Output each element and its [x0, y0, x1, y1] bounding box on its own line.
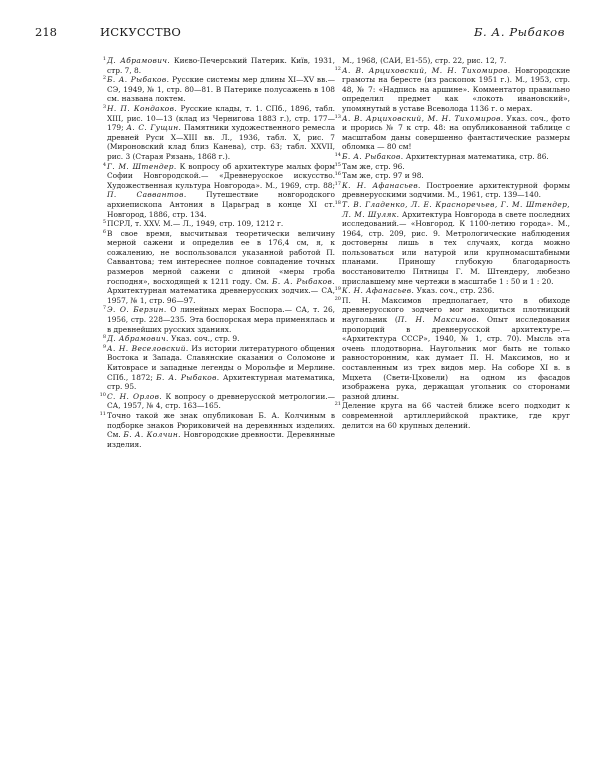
cited-author: К. Н. Афанасьев.	[342, 286, 414, 295]
cited-author: Д. Абрамович.	[107, 56, 170, 65]
footnote-text: Указ. соч., стр. 236.	[414, 286, 494, 295]
footnote-text: Там же, стр. 97 и 98.	[342, 171, 424, 180]
cited-author: Б. А. Колчин.	[123, 430, 181, 439]
footnote-number: 19	[333, 285, 341, 293]
footnote-7: 7Э. О. Берзин. О линейных мерах Боспора.…	[107, 305, 335, 334]
footnote-18: 18Т. В. Гладенко, Л. Е. Красноречьев, Г.…	[342, 200, 570, 286]
cited-author: А. С. Гущин.	[126, 123, 181, 132]
cited-author: А. Н. Веселовский.	[107, 344, 189, 353]
cited-author: А. В. Арциховский, М. Н. Тихомиров.	[342, 66, 511, 75]
footnote-2: 2Б. А. Рыбаков. Русские системы мер длин…	[107, 75, 335, 104]
cited-author: С. Н. Орлов.	[107, 392, 162, 401]
footnote-10: 10С. Н. Орлов. К вопросу о древнерусской…	[107, 392, 335, 411]
footnotes-right-column: М., 1968, (САИ, Е1-55), стр. 22, рис. 12…	[342, 56, 570, 430]
footnote-20: 20П. Н. Максимов предполагает, что в оби…	[342, 296, 570, 402]
footnote-13: 13А. В. Арциховский, М. Н. Тихомиров. Ук…	[342, 114, 570, 152]
footnote-number: 12	[333, 65, 341, 73]
footnote-14: 14Б. А. Рыбаков. Архитектурная математик…	[342, 152, 570, 162]
footnote-number: 5	[98, 218, 106, 226]
cited-author: Э. О. Берзин.	[107, 305, 167, 314]
cited-author: П. Саввантов.	[107, 190, 187, 199]
footnote-text: Указ. соч., стр. 9.	[169, 334, 240, 343]
footnote-number: 21	[333, 400, 341, 408]
footnote-text: Архитектурная математика, стр. 86.	[403, 152, 548, 161]
footnote-11: 11Точно такой же знак опубликован Б. А. …	[107, 411, 335, 449]
footnote-number: 2	[98, 74, 106, 82]
running-author: Б. А. Рыбаков	[474, 24, 565, 40]
footnote-12: 12А. В. Арциховский, М. Н. Тихомиров. Но…	[342, 66, 570, 114]
cited-author: П. Н. Максимов.	[398, 315, 480, 324]
footnote-number: 4	[98, 161, 106, 169]
footnote-21: 21Деление круга на 66 частей ближе всего…	[342, 401, 570, 430]
footnote-number: 10	[98, 391, 106, 399]
footnote-19: 19К. Н. Афанасьев. Указ. соч., стр. 236.	[342, 286, 570, 296]
cited-author: Б. А. Рыбаков.	[272, 277, 335, 286]
footnote-number: 6	[98, 228, 106, 236]
page-number: 218	[35, 24, 57, 40]
footnote-number: 1	[98, 55, 106, 63]
footnote-number: 18	[333, 199, 341, 207]
footnote-number: 3	[98, 103, 106, 111]
footnote-16: 16Там же, стр. 97 и 98.	[342, 171, 570, 181]
cited-author: Б. А. Рыбаков.	[342, 152, 403, 161]
footnote-number: 7	[98, 304, 106, 312]
footnote-text: Архитектура Новгорода в свете последних …	[342, 210, 570, 286]
footnote-6: 6В свое время, высчитывая теоретически в…	[107, 229, 335, 306]
footnote-number: 9	[98, 343, 106, 351]
footnote-number: 13	[333, 113, 341, 121]
footnote-number: 17	[333, 180, 341, 188]
footnote-15: 15Там же, стр. 96.	[342, 162, 570, 172]
footnote-number: 8	[98, 333, 106, 341]
footnote-number: 20	[333, 295, 341, 303]
cited-author: Б. А. Рыбаков.	[156, 373, 219, 382]
running-header: 218 ИСКУССТВО Б. А. Рыбаков	[35, 24, 565, 40]
footnote-text: Там же, стр. 96.	[342, 162, 405, 171]
footnote-number: 14	[333, 151, 341, 159]
footnote-3: 3Н. П. Кондаков. Русские клады, т. 1. СП…	[107, 104, 335, 162]
cited-author: Д. Абрамович.	[107, 334, 169, 343]
section-title: ИСКУССТВО	[100, 24, 181, 40]
footnote-1: 1Д. Абрамович. Києво-Печерський Патерик.…	[107, 56, 335, 75]
footnote-17: 17К. Н. Афанасьев. Построение архитектур…	[342, 181, 570, 200]
cited-author: К. Н. Афанасьев.	[342, 181, 421, 190]
footnote-number: 11	[98, 410, 106, 418]
cited-author: Б. А. Рыбаков.	[107, 75, 169, 84]
footnote-8: 8Д. Абрамович. Указ. соч., стр. 9.	[107, 334, 335, 344]
footnote-number: 15	[333, 161, 341, 169]
cited-author: А. В. Арциховский, М. Н. Тихомиров.	[342, 114, 504, 123]
footnote-4: 4Г. М. Штендер. К вопросу об архитектуре…	[107, 162, 335, 220]
footnote-text: Деление круга на 66 частей ближе всего п…	[342, 401, 570, 429]
cited-author: Г. М. Штендер.	[107, 162, 177, 171]
footnote-text: ПСРЛ, т. XXV. М.— Л., 1949, стр. 109, 12…	[107, 219, 283, 228]
cited-author: Н. П. Кондаков.	[107, 104, 177, 113]
footnotes-left-column: 1Д. Абрамович. Києво-Печерський Патерик.…	[107, 56, 335, 449]
footnote-number: 16	[333, 170, 341, 178]
footnote-text: Опыт исследования пропорций в древнерусс…	[342, 315, 570, 401]
footnote-continuation: М., 1968, (САИ, Е1-55), стр. 22, рис. 12…	[342, 56, 570, 66]
footnote-text: Архитектурная математика древнерусских з…	[107, 286, 335, 305]
footnote-9: 9А. Н. Веселовский. Из истории литератур…	[107, 344, 335, 392]
footnote-5: 5ПСРЛ, т. XXV. М.— Л., 1949, стр. 109, 1…	[107, 219, 335, 229]
